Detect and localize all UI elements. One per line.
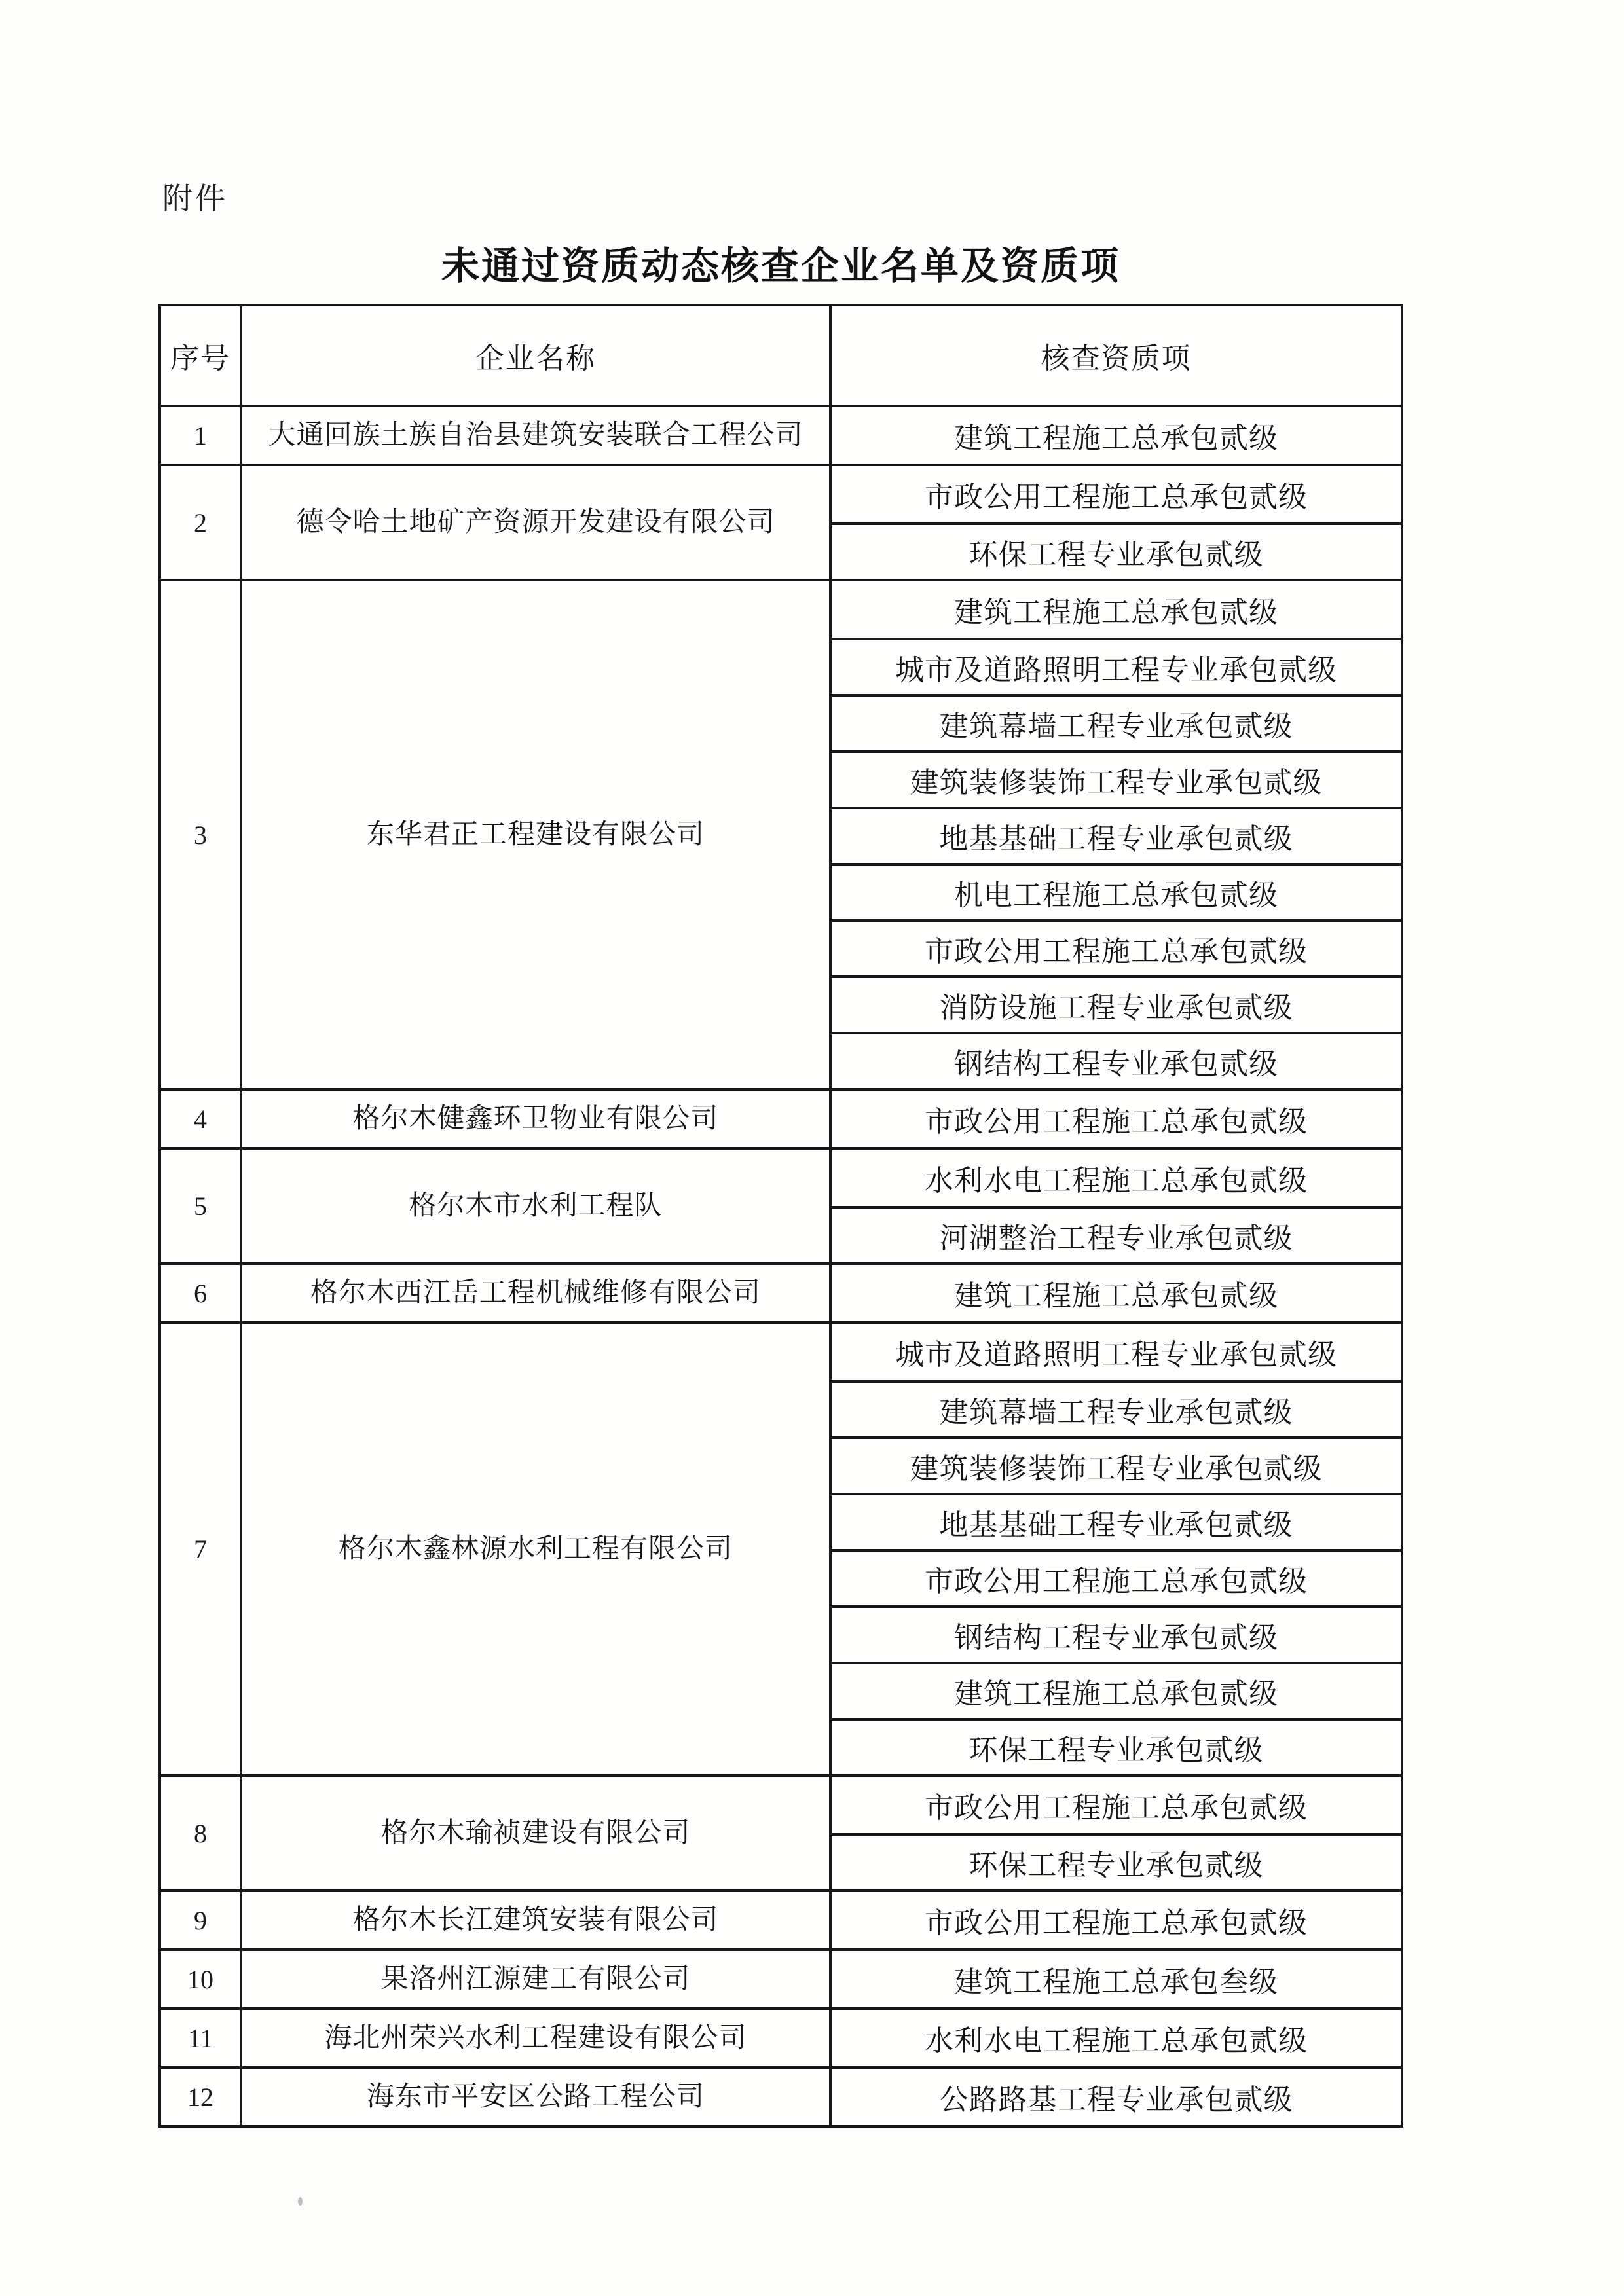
- company-name: 格尔木长江建筑安装有限公司: [240, 1892, 829, 1948]
- table-row: 5 格尔木市水利工程队 水利水电工程施工总承包贰级河湖整治工程专业承包贰级: [161, 1147, 1401, 1262]
- qualification-item: 环保工程专业承包贰级: [832, 1833, 1401, 1889]
- qualification-item: 河湖整治工程专业承包贰级: [832, 1206, 1401, 1262]
- qualification-item: 市政公用工程施工总承包贰级: [832, 1777, 1401, 1833]
- qualification-list: 建筑工程施工总承包贰级: [829, 1265, 1401, 1321]
- qualification-item: 市政公用工程施工总承包贰级: [832, 466, 1401, 522]
- table-row: 1 大通回族土族自治县建筑安装联合工程公司 建筑工程施工总承包贰级: [161, 405, 1401, 464]
- qualification-item: 钢结构工程专业承包贰级: [832, 1032, 1401, 1088]
- table-body: 1 大通回族土族自治县建筑安装联合工程公司 建筑工程施工总承包贰级 2 德令哈土…: [161, 405, 1401, 2125]
- qualification-item: 地基基础工程专业承包贰级: [832, 807, 1401, 863]
- company-name: 海北州荣兴水利工程建设有限公司: [240, 2010, 829, 2066]
- qualification-item: 建筑装修装饰工程专业承包贰级: [832, 750, 1401, 807]
- company-name: 格尔木市水利工程队: [240, 1150, 829, 1262]
- row-index: 2: [161, 466, 240, 579]
- row-index: 10: [161, 1951, 240, 2007]
- row-index: 7: [161, 1324, 240, 1774]
- table-row: 9 格尔木长江建筑安装有限公司 市政公用工程施工总承包贰级: [161, 1889, 1401, 1948]
- header-company-name: 企业名称: [240, 306, 829, 405]
- qualification-item: 市政公用工程施工总承包贰级: [832, 919, 1401, 975]
- row-index: 6: [161, 1265, 240, 1321]
- qualification-item: 建筑幕墙工程专业承包贰级: [832, 1380, 1401, 1436]
- company-name: 格尔木鑫林源水利工程有限公司: [240, 1324, 829, 1774]
- table-header-row: 序号 企业名称 核查资质项: [161, 306, 1401, 405]
- row-index: 4: [161, 1091, 240, 1147]
- company-name: 格尔木西江岳工程机械维修有限公司: [240, 1265, 829, 1321]
- qualification-item: 建筑工程施工总承包贰级: [832, 581, 1401, 638]
- row-index: 1: [161, 407, 240, 464]
- qualification-item: 城市及道路照明工程专业承包贰级: [832, 638, 1401, 694]
- qualification-item: 市政公用工程施工总承包贰级: [832, 1892, 1401, 1948]
- row-index: 3: [161, 581, 240, 1088]
- table-row: 10 果洛州江源建工有限公司 建筑工程施工总承包叁级: [161, 1948, 1401, 2007]
- table-row: 7 格尔木鑫林源水利工程有限公司 城市及道路照明工程专业承包贰级建筑幕墙工程专业…: [161, 1321, 1401, 1774]
- qualification-table: 序号 企业名称 核查资质项 1 大通回族土族自治县建筑安装联合工程公司 建筑工程…: [158, 304, 1403, 2128]
- qualification-item: 市政公用工程施工总承包贰级: [832, 1091, 1401, 1147]
- qualification-item: 公路路基工程专业承包贰级: [832, 2069, 1401, 2125]
- table-row: 12 海东市平安区公路工程公司 公路路基工程专业承包贰级: [161, 2066, 1401, 2125]
- scanned-document-page: { "page": { "attachment_label": "附件", "t…: [0, 0, 1624, 2296]
- qualification-item: 消防设施工程专业承包贰级: [832, 975, 1401, 1032]
- row-index: 11: [161, 2010, 240, 2066]
- company-name: 格尔木健鑫环卫物业有限公司: [240, 1091, 829, 1147]
- qualification-item: 建筑工程施工总承包贰级: [832, 407, 1401, 464]
- attachment-label: 附件: [162, 183, 228, 213]
- header-index: 序号: [161, 306, 240, 405]
- company-name: 东华君正工程建设有限公司: [240, 581, 829, 1088]
- qualification-item: 环保工程专业承包贰级: [832, 522, 1401, 579]
- row-index: 5: [161, 1150, 240, 1262]
- qualification-list: 市政公用工程施工总承包贰级: [829, 1091, 1401, 1147]
- qualification-list: 市政公用工程施工总承包贰级: [829, 1892, 1401, 1948]
- qualification-item: 机电工程施工总承包贰级: [832, 863, 1401, 919]
- qualification-item: 城市及道路照明工程专业承包贰级: [832, 1324, 1401, 1380]
- table-row: 4 格尔木健鑫环卫物业有限公司 市政公用工程施工总承包贰级: [161, 1088, 1401, 1147]
- qualification-item: 建筑工程施工总承包叁级: [832, 1951, 1401, 2007]
- qualification-item: 地基基础工程专业承包贰级: [832, 1493, 1401, 1549]
- qualification-list: 市政公用工程施工总承包贰级环保工程专业承包贰级: [829, 1777, 1401, 1889]
- row-index: 9: [161, 1892, 240, 1948]
- qualification-item: 建筑工程施工总承包贰级: [832, 1265, 1401, 1321]
- header-qualification: 核查资质项: [829, 306, 1401, 405]
- qualification-item: 建筑装修装饰工程专业承包贰级: [832, 1436, 1401, 1493]
- company-name: 海东市平安区公路工程公司: [240, 2069, 829, 2125]
- table-row: 2 德令哈土地矿产资源开发建设有限公司 市政公用工程施工总承包贰级环保工程专业承…: [161, 464, 1401, 579]
- qualification-list: 建筑工程施工总承包贰级: [829, 407, 1401, 464]
- company-name: 格尔木瑜祯建设有限公司: [240, 1777, 829, 1889]
- qualification-list: 建筑工程施工总承包叁级: [829, 1951, 1401, 2007]
- table-row: 11 海北州荣兴水利工程建设有限公司 水利水电工程施工总承包贰级: [161, 2007, 1401, 2066]
- qualification-item: 水利水电工程施工总承包贰级: [832, 2010, 1401, 2066]
- qualification-list: 水利水电工程施工总承包贰级河湖整治工程专业承包贰级: [829, 1150, 1401, 1262]
- qualification-item: 建筑幕墙工程专业承包贰级: [832, 694, 1401, 750]
- qualification-item: 环保工程专业承包贰级: [832, 1718, 1401, 1774]
- qualification-item: 市政公用工程施工总承包贰级: [832, 1549, 1401, 1605]
- scan-artifact-speck: [298, 2197, 303, 2206]
- qualification-list: 公路路基工程专业承包贰级: [829, 2069, 1401, 2125]
- page-title: 未通过资质动态核查企业名单及资质项: [158, 247, 1403, 285]
- table-row: 3 东华君正工程建设有限公司 建筑工程施工总承包贰级城市及道路照明工程专业承包贰…: [161, 579, 1401, 1088]
- qualification-item: 水利水电工程施工总承包贰级: [832, 1150, 1401, 1206]
- row-index: 12: [161, 2069, 240, 2125]
- qualification-item: 建筑工程施工总承包贰级: [832, 1662, 1401, 1718]
- qualification-item: 钢结构工程专业承包贰级: [832, 1605, 1401, 1662]
- company-name: 德令哈土地矿产资源开发建设有限公司: [240, 466, 829, 579]
- qualification-list: 城市及道路照明工程专业承包贰级建筑幕墙工程专业承包贰级建筑装修装饰工程专业承包贰…: [829, 1324, 1401, 1774]
- table-row: 8 格尔木瑜祯建设有限公司 市政公用工程施工总承包贰级环保工程专业承包贰级: [161, 1774, 1401, 1889]
- qualification-list: 建筑工程施工总承包贰级城市及道路照明工程专业承包贰级建筑幕墙工程专业承包贰级建筑…: [829, 581, 1401, 1088]
- row-index: 8: [161, 1777, 240, 1889]
- qualification-list: 水利水电工程施工总承包贰级: [829, 2010, 1401, 2066]
- table-row: 6 格尔木西江岳工程机械维修有限公司 建筑工程施工总承包贰级: [161, 1262, 1401, 1321]
- company-name: 果洛州江源建工有限公司: [240, 1951, 829, 2007]
- qualification-list: 市政公用工程施工总承包贰级环保工程专业承包贰级: [829, 466, 1401, 579]
- company-name: 大通回族土族自治县建筑安装联合工程公司: [240, 407, 829, 464]
